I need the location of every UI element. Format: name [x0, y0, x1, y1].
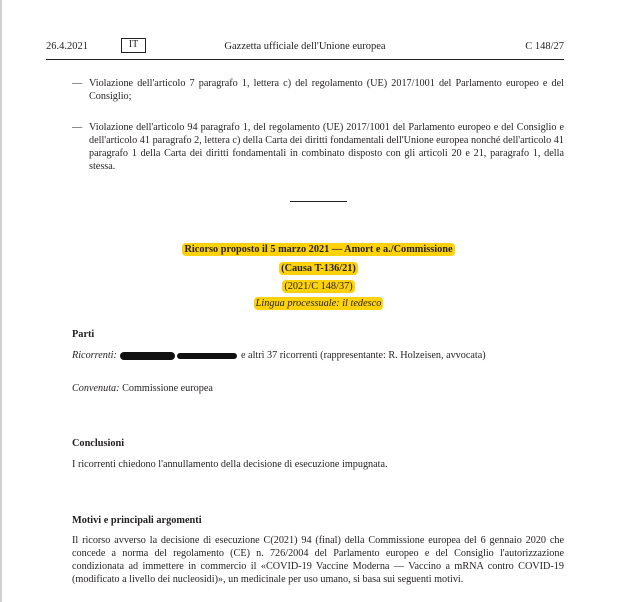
- section-heading-conclusioni: Conclusioni: [72, 438, 124, 449]
- highlighted-text: (Causa T-136/21): [279, 262, 358, 275]
- case-reference: (2021/C 148/37): [46, 281, 591, 292]
- case-language: Lingua processuale: il tedesco: [46, 298, 591, 309]
- dash-bullet: —: [72, 77, 82, 90]
- section-heading-parti: Parti: [72, 329, 94, 340]
- redaction-mark: [120, 352, 175, 360]
- highlighted-text: (2021/C 148/37): [282, 280, 354, 293]
- applicants-label: Ricorrenti:: [72, 350, 117, 361]
- dash-bullet: —: [72, 121, 82, 134]
- grounds-text: Il ricorso avverso la decisione di esecu…: [72, 534, 564, 586]
- page-header: 26.4.2021 IT Gazzetta ufficiale dell'Uni…: [46, 38, 564, 58]
- section-separator: [290, 201, 347, 202]
- applicants-line: Ricorrenti: e altri 37 ricorrenti (rappr…: [72, 349, 564, 362]
- list-item: — Violazione dell'articolo 94 paragrafo …: [72, 121, 564, 173]
- defendant-label: Convenuta:: [72, 383, 120, 394]
- document-page: 26.4.2021 IT Gazzetta ufficiale dell'Uni…: [0, 0, 633, 602]
- defendant-line: Convenuta: Commissione europea: [72, 382, 564, 395]
- conclusions-text: I ricorrenti chiedono l'annullamento del…: [72, 458, 564, 471]
- section-heading-motivi: Motivi e principali argomenti: [72, 515, 202, 526]
- applicants-text: e altri 37 ricorrenti (rappresentante: R…: [241, 350, 486, 361]
- case-number: (Causa T-136/21): [46, 263, 591, 274]
- highlighted-text: Ricorso proposto il 5 marzo 2021 — Amort…: [182, 243, 454, 256]
- highlighted-text: Lingua processuale: il tedesco: [254, 297, 384, 310]
- page-number: C 148/27: [525, 41, 564, 52]
- list-item: — Violazione dell'articolo 7 paragrafo 1…: [72, 77, 564, 103]
- case-title: Ricorso proposto il 5 marzo 2021 — Amort…: [46, 244, 591, 255]
- redaction-mark: [177, 353, 237, 359]
- defendant-text: Commissione europea: [120, 383, 213, 394]
- list-item-text: Violazione dell'articolo 7 paragrafo 1, …: [89, 78, 564, 102]
- publication-title: Gazzetta ufficiale dell'Unione europea: [46, 41, 564, 52]
- list-item-text: Violazione dell'articolo 94 paragrafo 1,…: [89, 122, 564, 172]
- header-rule: [46, 59, 564, 60]
